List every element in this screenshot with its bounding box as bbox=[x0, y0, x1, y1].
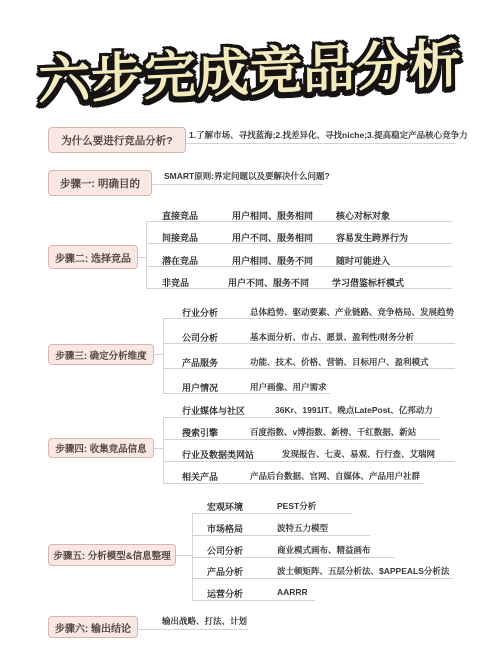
infographic-canvas: 六步完成竞品分析 为什么要进行竞品分析? 1.了解市场、寻找蓝海;2.找差异化、… bbox=[0, 0, 500, 652]
step3-row-label: 行业分析 bbox=[182, 306, 218, 319]
step3-row-detail: 功能、技术、价格、营销、目标用户、盈利模式 bbox=[250, 356, 429, 368]
step4-box: 步骤四: 收集竞品信息 bbox=[48, 438, 154, 458]
step2-box: 步骤二: 选择竞品 bbox=[48, 245, 138, 269]
step5-row-label: 公司分析 bbox=[207, 544, 243, 557]
step3-box: 步骤三: 确定分析维度 bbox=[48, 344, 154, 365]
step5-row-detail: 波士顿矩阵、五层分析法、$APPEALS分析法 bbox=[277, 565, 449, 577]
step5-box: 步骤五: 分析模型&信息整理 bbox=[48, 544, 176, 566]
step4-row-label: 搜索引擎 bbox=[182, 426, 218, 439]
step2-row-users: 用户相同、服务不同 bbox=[232, 254, 313, 267]
spine-line bbox=[163, 318, 164, 393]
branch-line bbox=[192, 557, 395, 558]
step4-box-label: 步骤四: 收集竞品信息 bbox=[55, 441, 146, 455]
step4-row-detail: 百度指数、v博指数、新榜、千红数据、新站 bbox=[250, 426, 416, 438]
step4-row-label: 行业及数据类网站 bbox=[182, 448, 254, 461]
step4-row-label: 行业媒体与社区 bbox=[182, 404, 245, 417]
step3-row-label: 产品服务 bbox=[182, 356, 218, 369]
step2-row-label: 直接竞品 bbox=[162, 209, 198, 222]
spine-line bbox=[146, 221, 147, 289]
step4-row-label: 相关产品 bbox=[182, 470, 218, 483]
step5-row-label: 运营分析 bbox=[207, 587, 243, 600]
step3-row-detail: 总体趋势、驱动要素、产业链路、竞争格局、发展趋势 bbox=[250, 306, 454, 318]
step2-row-note: 核心对标对象 bbox=[336, 209, 390, 222]
why-analysis-answer: 1.了解市场、寻找蓝海;2.找差异化、寻找niche;3.提高稳定产品核心竞争力 bbox=[189, 129, 468, 141]
step5-row-detail: 商业模式画布、精益画布 bbox=[277, 544, 371, 556]
connector-line bbox=[176, 555, 192, 556]
step3-row-detail: 用户画像、用户需求 bbox=[250, 381, 327, 393]
step5-row-label: 产品分析 bbox=[207, 565, 243, 578]
step3-row-detail: 基本面分析、市占、愿景、盈利性/财务分析 bbox=[250, 331, 414, 343]
step5-row-label: 宏观环境 bbox=[207, 500, 243, 513]
branch-line bbox=[138, 629, 248, 630]
branch-line bbox=[192, 513, 352, 514]
why-analysis-box: 为什么要进行竞品分析? bbox=[48, 127, 186, 153]
connector-line bbox=[154, 354, 163, 355]
step4-row-detail: 产品后台数据、官网、自媒体、产品用户社群 bbox=[250, 470, 420, 482]
branch-line bbox=[163, 461, 455, 462]
spine-line bbox=[163, 417, 164, 483]
why-analysis-box-label: 为什么要进行竞品分析? bbox=[61, 133, 172, 148]
step2-row-label: 非竞品 bbox=[162, 276, 189, 289]
branch-line bbox=[163, 483, 423, 484]
step1-box: 步骤一: 明确目的 bbox=[48, 170, 152, 196]
branch-line bbox=[163, 439, 440, 440]
step2-box-label: 步骤二: 选择竞品 bbox=[55, 250, 131, 265]
step5-row-detail: AARRR bbox=[277, 587, 308, 597]
step2-row-users: 用户不同、服务相同 bbox=[232, 231, 313, 244]
branch-line bbox=[163, 417, 440, 418]
connector-line bbox=[138, 257, 146, 258]
branch-line bbox=[152, 184, 323, 185]
step2-row-users: 用户不同、服务不同 bbox=[228, 276, 309, 289]
branch-line bbox=[192, 535, 370, 536]
step4-row-detail: 36Kr、1991IT、晚点LatePost、亿邦动力 bbox=[275, 404, 433, 416]
step5-row-detail: PEST分析 bbox=[277, 500, 316, 512]
step5-box-label: 步骤五: 分析模型&信息整理 bbox=[53, 548, 170, 562]
step2-row-note: 学习借鉴标杆模式 bbox=[332, 276, 404, 289]
step3-box-label: 步骤三: 确定分析维度 bbox=[55, 348, 146, 362]
step3-row-label: 用户情况 bbox=[182, 381, 218, 394]
step2-row-users: 用户相同、服务相同 bbox=[232, 209, 313, 222]
step5-row-detail: 波特五力模型 bbox=[277, 522, 328, 534]
branch-line bbox=[192, 600, 315, 601]
step2-row-note: 容易发生跨界行为 bbox=[336, 231, 408, 244]
branch-line bbox=[186, 143, 456, 144]
step3-row-label: 公司分析 bbox=[182, 331, 218, 344]
step5-row-label: 市场格局 bbox=[207, 522, 243, 535]
step4-row-detail: 发现报告、七麦、易观、行行查、艾瑞网 bbox=[282, 448, 435, 460]
step1-branch-text: SMART原则:界定问题以及要解决什么问题? bbox=[164, 170, 330, 182]
step2-row-label: 间接竞品 bbox=[162, 231, 198, 244]
branch-line bbox=[192, 578, 453, 579]
step1-box-label: 步骤一: 明确目的 bbox=[60, 176, 140, 191]
page-title: 六步完成竞品分析 bbox=[0, 20, 500, 116]
step6-box: 步骤六: 输出结论 bbox=[48, 616, 138, 638]
connector-line bbox=[154, 448, 163, 449]
step6-box-label: 步骤六: 输出结论 bbox=[55, 620, 131, 635]
step6-branch-text: 输出战略、打法、计划 bbox=[162, 615, 247, 627]
step2-row-label: 潜在竞品 bbox=[162, 254, 198, 267]
step2-row-note: 随时可能进入 bbox=[336, 254, 390, 267]
